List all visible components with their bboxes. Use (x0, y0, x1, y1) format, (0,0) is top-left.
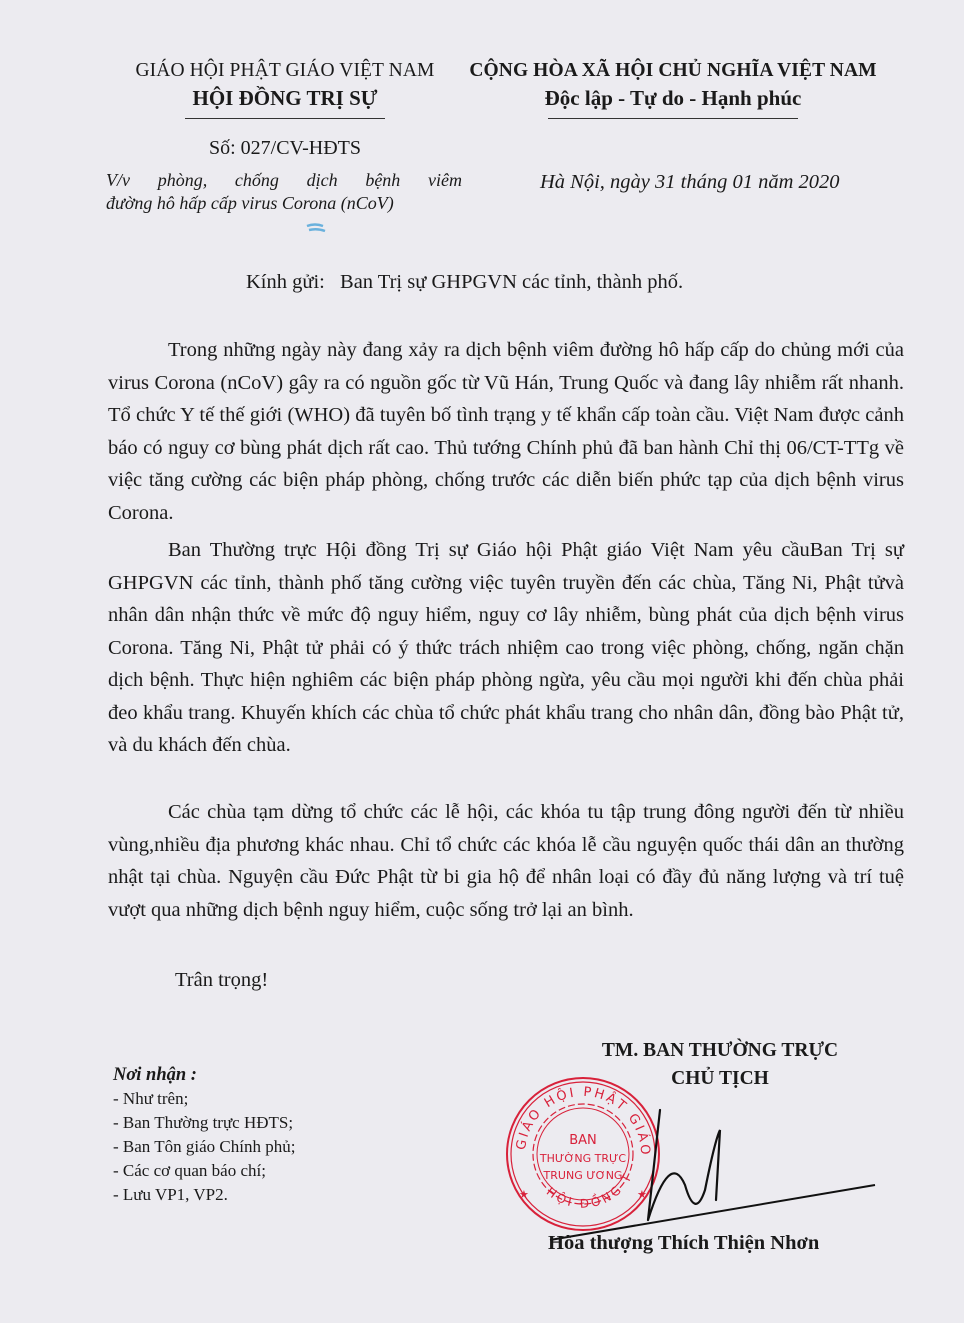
paragraph-text: Các chùa tạm dừng tổ chức các lễ hội, cá… (108, 796, 904, 926)
nation-name: CỘNG HÒA XÃ HỘI CHỦ NGHĨA VIỆT NAM (448, 58, 898, 84)
subject-line-1: V/v phòng, chống dịch bệnh viêm (106, 169, 462, 192)
place-date: Hà Nội, ngày 31 tháng 01 năm 2020 (540, 171, 910, 194)
body-paragraph-2: Ban Thường trực Hội đồng Trị sự Giáo hội… (108, 534, 904, 762)
signer-name: Hòa thượng Thích Thiện Nhơn (548, 1232, 819, 1255)
on-behalf-label: TM. BAN THƯỜNG TRỰC (520, 1037, 920, 1065)
recipient-item: - Lưu VP1, VP2. (113, 1183, 295, 1207)
issuer-block: GIÁO HỘI PHẬT GIÁO VIỆT NAM HỘI ĐỒNG TRỊ… (100, 58, 470, 215)
closing: Trân trọng! (175, 969, 268, 992)
document-number: Số: 027/CV-HĐTS (100, 135, 470, 161)
recipient-item: - Ban Thường trực HĐTS; (113, 1111, 295, 1135)
divider (548, 118, 798, 119)
body-paragraph-3: Các chùa tạm dừng tổ chức các lễ hội, cá… (108, 796, 904, 926)
national-motto: Độc lập - Tự do - Hạnh phúc (448, 84, 898, 112)
addressee-label: Kính gửi: (246, 271, 325, 293)
ink-smudge-icon (305, 222, 327, 234)
divider (185, 118, 385, 119)
nation-block: CỘNG HÒA XÃ HỘI CHỦ NGHĨA VIỆT NAM Độc l… (448, 58, 898, 119)
document-subject: V/v phòng, chống dịch bệnh viêm đường hô… (100, 169, 470, 215)
recipient-item: - Ban Tôn giáo Chính phủ; (113, 1135, 295, 1159)
recipients-list: Nơi nhận : - Như trên; - Ban Thường trực… (113, 1063, 295, 1207)
paragraph-text: Trong những ngày này đang xảy ra dịch bệ… (108, 334, 904, 529)
recipients-title: Nơi nhận : (113, 1063, 295, 1087)
recipient-item: - Các cơ quan báo chí; (113, 1159, 295, 1183)
addressee-value: Ban Trị sự GHPGVN các tỉnh, thành phố. (340, 271, 683, 293)
paragraph-text: Ban Thường trực Hội đồng Trị sự Giáo hội… (108, 534, 904, 762)
subject-line-2: đường hô hấp cấp virus Corona (nCoV) (106, 192, 462, 215)
recipient-item: - Như trên; (113, 1087, 295, 1111)
issuer-council: HỘI ĐỒNG TRỊ SỰ (100, 84, 470, 112)
body-paragraph-1: Trong những ngày này đang xảy ra dịch bệ… (108, 334, 904, 529)
addressee: Kính gửi: Ban Trị sự GHPGVN các tỉnh, th… (246, 271, 683, 294)
issuer-organization: GIÁO HỘI PHẬT GIÁO VIỆT NAM (100, 58, 470, 84)
